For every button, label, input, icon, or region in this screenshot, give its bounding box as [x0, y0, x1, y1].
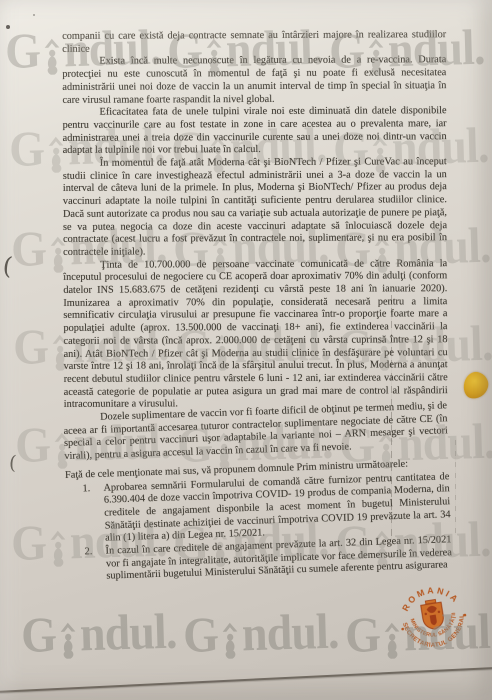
paragraph: Ţinta de 10.700.000 de persoane vaccinat…: [63, 258, 448, 412]
lower-text-block: Dozele suplimentare de vaccin vor fi foa…: [63, 400, 452, 585]
ink-speck: [33, 14, 35, 16]
upper-text-block: companii cu care există deja contracte s…: [62, 29, 448, 412]
page-bottom-edge: [0, 666, 492, 693]
paragraph: În momentul de faţă atât Moderna cât şi …: [63, 156, 447, 259]
pen-mark-parenthesis: (: [8, 452, 17, 474]
scanned-document-page: Gndul.Gndul.Gndul.Gndul.Gndul.Gndul.Gndu…: [0, 0, 492, 700]
paragraph-continuation: companii cu care există deja contracte s…: [62, 29, 446, 56]
paragraph: Exista încă multe necunoscute în legătur…: [62, 55, 446, 107]
gandul-watermark: Gndul.: [182, 602, 339, 664]
paragraph: Eficacitatea fata de unele tulpini viral…: [63, 105, 447, 157]
vertical-fold-crease-2: [455, 440, 456, 535]
gandul-watermark: Gndul.: [20, 602, 177, 664]
pen-mark-parenthesis: (: [1, 252, 14, 281]
list-number: 2.: [84, 546, 92, 559]
ministry-round-stamp: ROMANIA SECRETARIATUL GENERAL MINISTERUL…: [388, 572, 477, 661]
ink-speck: [6, 25, 10, 29]
list-number: 1.: [82, 483, 90, 496]
document-text: companii cu care există deja contracte s…: [63, 30, 447, 585]
coat-of-arms-icon: [420, 599, 445, 631]
numbered-list: 1. Aprobarea semnării Formularului de co…: [82, 471, 452, 585]
yellow-seal-spot: [461, 369, 491, 401]
list-item-text: Aprobarea semnării Formularului de coman…: [103, 471, 450, 544]
